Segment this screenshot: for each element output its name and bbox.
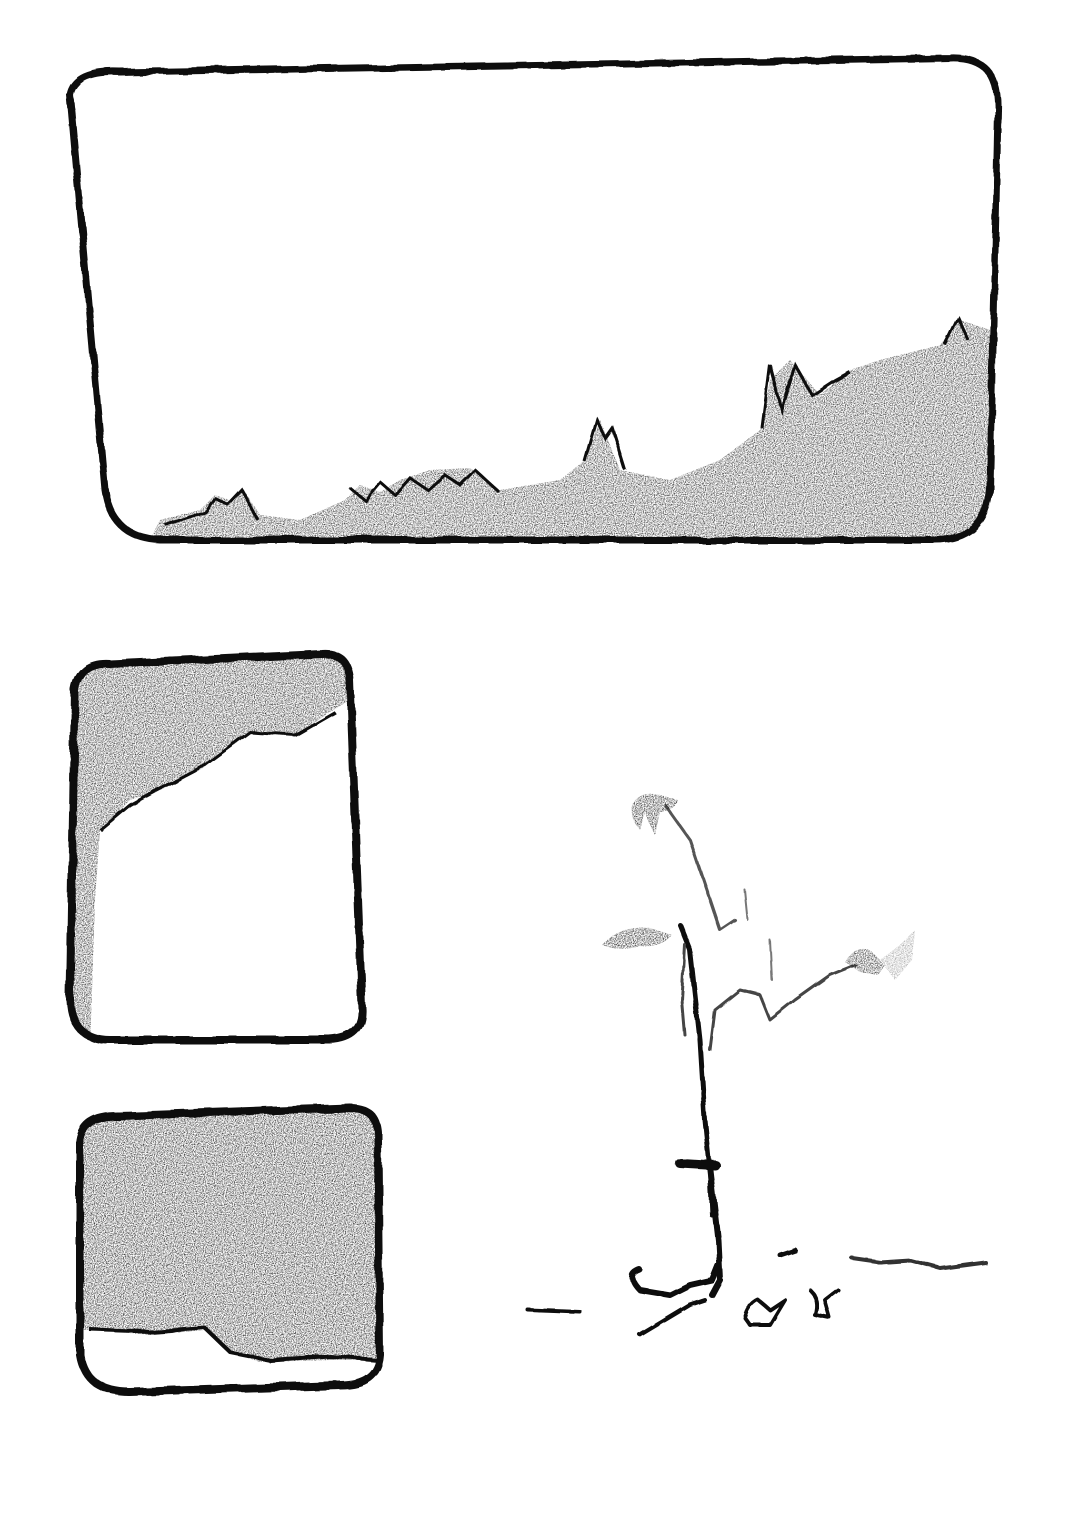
right-branch (710, 965, 855, 1050)
portrait-panel-top (60, 650, 362, 1050)
sketch-canvas (0, 0, 1080, 1515)
portrait-panel-bottom (75, 1100, 390, 1392)
corner-shading (60, 650, 360, 1050)
flower-heads (602, 794, 915, 980)
full-shading (75, 1100, 390, 1362)
flower-head-right (845, 949, 885, 975)
hill-shading (150, 320, 995, 545)
ground-scribble-a (745, 1300, 785, 1325)
top-stalk (665, 805, 735, 930)
flower-head-left (602, 928, 672, 949)
landscape-panel (70, 58, 998, 545)
ground-scribble-b (810, 1290, 838, 1318)
flower-head-right-faint (880, 930, 915, 980)
plant-sketch (528, 805, 985, 1335)
ground-line-left (528, 1310, 580, 1312)
ground-line-right (852, 1258, 985, 1268)
left-stalk (682, 945, 685, 1035)
stem-knot (680, 1163, 715, 1165)
ground-dash (780, 1250, 795, 1255)
base-scribble (633, 1265, 719, 1295)
ground-line-mid (640, 1300, 705, 1335)
twig (745, 890, 772, 980)
